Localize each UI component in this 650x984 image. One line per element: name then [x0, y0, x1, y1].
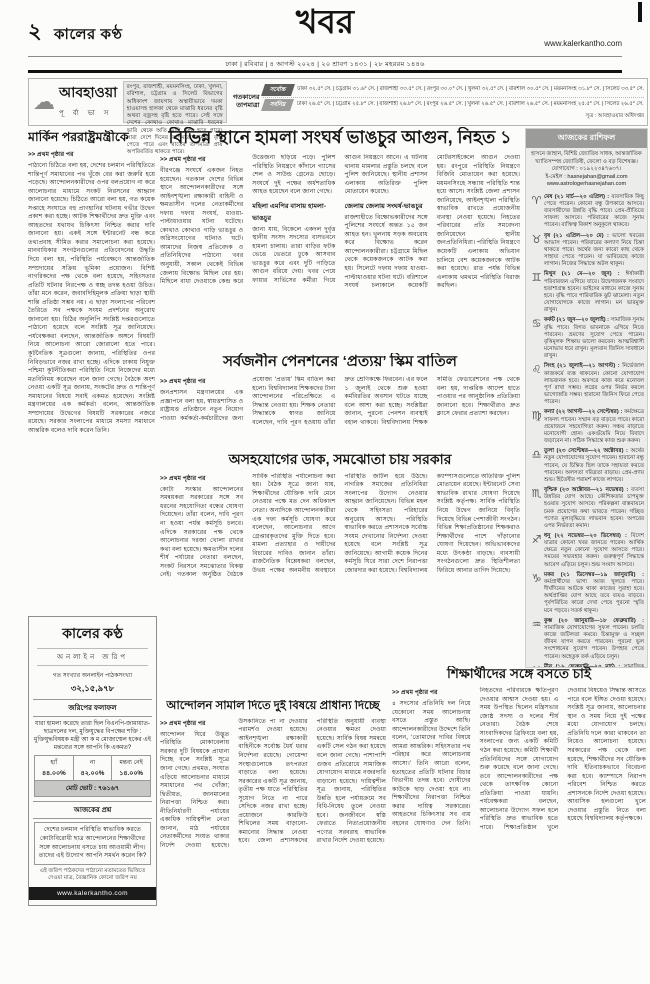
weather-subtitle: পূ র্বা ভা স [59, 110, 112, 117]
total-votes: মোট ভোট : ৭৬১৬৭ [34, 781, 151, 797]
horoscope-sidebar: আজকের রাশিফল হাসনে জাহান, বিশিষ্ট জ্যোতি… [525, 128, 648, 668]
zodiac-sign: বৃশ্চিক (২৩ অক্টোবর—২১ নভেম্বর) : [544, 487, 628, 493]
survey-results-table: হ্যাঁ ৪৪.০০% না ৪২.০০% মন্তব্য নেই ১৪.০০… [34, 755, 151, 781]
header-rule-thin [28, 56, 622, 57]
temp-label-line1: গতকালের [233, 94, 260, 102]
zodiac-entry: ♋কর্কট (২১ জুন—২০ জুলাই) : সামাজিক সুনাম… [526, 315, 647, 361]
article-pension: সর্বজনীন পেনশনের ‘প্রত্যয়’ স্কিম বাতিল … [160, 353, 520, 449]
zodiac-entry: ♏বৃশ্চিক (২৩ অক্টোবর—২১ নভেম্বর) : ব্যবস… [526, 485, 647, 531]
continued-marker: >> প্রথম পৃষ্ঠার পর [160, 473, 243, 484]
readers-count: ৩২,১৫,৯৭৮ [29, 682, 156, 696]
temps-high-row: সর্বোচ্চ ঢাকা ৩২.৫° সে. | চট্টগ্রাম ৩১.৬… [263, 83, 644, 97]
cancer-icon: ♋ [529, 317, 544, 360]
article-title: আন্দোলন সামাল দিতে দুই বিষয়ে প্রাধান্য … [160, 700, 386, 714]
virgo-icon: ♍ [529, 409, 544, 445]
website-link[interactable]: www.kalerkantho.com [544, 39, 622, 48]
leo-icon: ♌ [529, 363, 544, 406]
continued-marker: >> প্রথম পৃষ্ঠার পর [160, 718, 229, 729]
taurus-icon: ♉ [529, 233, 544, 269]
zodiac-entry: ♊মিথুন (২১ মে—২০ জুন) : ঈর্ষাকারী পরিবার… [526, 269, 647, 315]
astrologer-email[interactable]: ই-মেইল : hasnejahan@gmail.com [530, 174, 643, 182]
zodiac-sign: কন্যা (২২ আগস্ট—২২ সেপ্টেম্বর) : [544, 409, 622, 415]
high-badge: সর্বোচ্চ [261, 84, 295, 96]
article-columns: >> প্রথম পৃষ্ঠার পর ৪ সদস্যের প্রতিনিধি … [392, 687, 646, 971]
article-title: সর্বজনীন পেনশনের ‘প্রত্যয়’ স্কিম বাতিল [160, 353, 520, 371]
zodiac-sign: সিংহ (২১ জুলাই—২১ আগস্ট) : [544, 363, 620, 369]
zodiac-text: কর্মপ্রার্থীদের ভাগ্য আজ খুলতে পারে। দীর… [544, 579, 644, 614]
weather-title: আবহাওয়া [59, 84, 117, 100]
article-clashes: বিভিন্ন স্থানে হামলা সংঘর্ষ ভাঙচুর আগুন,… [160, 127, 520, 351]
aquarius-icon: ♒ [529, 618, 544, 661]
astrologer-info: হাসনে জাহান, বিশিষ্ট জ্যোতিষ সাধক, আন্তর… [531, 151, 642, 172]
continued-marker: >> প্রথম পৃষ্ঠার পর [392, 687, 471, 698]
zodiac-text: সামাজিক যোগাযোগের সুফল পাবেন। চলতি কাজে … [544, 625, 644, 660]
weather-title-block: ☁ আবহাওয়া পূ র্বা ভা স [29, 79, 121, 125]
capricorn-icon: ♑ [529, 572, 544, 615]
option-value: ৪২.০০% [74, 768, 112, 779]
temps-low: ঢাকা ২৬.৫° সে. | চট্টগ্রাম ২৫.৮° সে. | র… [297, 101, 644, 109]
option-label: হ্যাঁ [35, 757, 73, 768]
survey-note: এই জরিপ পাঠকদের পাঠানো মতামতের ভিত্তিতে … [29, 868, 156, 883]
article-columns: >> প্রথম পৃষ্ঠার পর কোটা সংস্কার আন্দোলন… [160, 473, 520, 659]
article-columns: >> প্রথম পৃষ্ঠার পর আন্দোলন ঘিরে উদ্ভূত … [160, 718, 386, 960]
article-columns: >> প্রথম পৃষ্ঠার পর বীরগঞ্জে সংঘর্ষে একজ… [160, 154, 520, 350]
survey-website-link[interactable]: www.kalerkantho.com [29, 887, 156, 900]
weather-strip: ☁ আবহাওয়া পূ র্বা ভা স রংপুর, রাজশাহী, … [28, 78, 648, 126]
article-noncooperation: অসহযোগের ডাক, সমঝোতা চায় সরকার >> প্রথম… [160, 451, 520, 663]
temp-label-line2: তাপমাত্রা [236, 102, 259, 110]
zodiac-entry: ♒কুম্ভ (২০ জানুয়ারি—১৮ ফেব্রুয়ারি) : স… [526, 616, 647, 662]
cloud-icon: ☁ [33, 91, 55, 113]
readers-label: গত সংখ্যার অনলাইন পাঠকসংখ্যা [29, 670, 156, 681]
aries-icon: ♈ [529, 194, 544, 230]
astrologer-website[interactable]: www.astrologerhasnejahan.com [530, 181, 643, 189]
temps-high: ঢাকা ৩২.৫° সে. | চট্টগ্রাম ৩১.৬° সে. | র… [297, 86, 644, 94]
article-movement: আন্দোলন সামাল দিতে দুই বিষয়ে প্রাধান্য … [160, 700, 386, 978]
online-survey-box: কালের কণ্ঠ অনলাইন জরিপ গত সংখ্যার অনলাইন… [28, 616, 157, 906]
zodiac-entry: ♑মকর (২১ ডিসেম্বর—১৯ জানুয়ারি) : কর্মপ্… [526, 570, 647, 616]
zodiac-sign: মেষ (২১ মার্চ—২০ এপ্রিল) : [544, 194, 609, 200]
article-columns: >> প্রথম পৃষ্ঠার পর জনপ্রশাসন মন্ত্রণালয… [160, 376, 520, 446]
weather-source: সূত্র : আবহাওয়ার অধিদপ্তর [263, 113, 644, 121]
newspaper-page: ২ কালের কণ্ঠ খবর www.kalerkantho.com ঢাক… [0, 0, 650, 984]
weather-temp-label: গতকালের তাপমাত্রা [229, 79, 263, 125]
zodiac-sign: বৃষ (২১ এপ্রিল—২০ মে) : [544, 233, 609, 239]
zodiac-entry: ♌সিংহ (২১ জুলাই—২১ আগস্ট) : নির্ভেজাল কা… [526, 361, 647, 407]
zodiac-entry: ♎তুলা (২৩ সেপ্টেম্বর—২২ অক্টোবর) : অর্থে… [526, 446, 647, 485]
article-title: অসহযোগের ডাক, সমঝোতা চায় সরকার [160, 451, 520, 468]
zodiac-text: নির্ভেজাল কাজকর্মে ব্যস্ত থাকবেন। কোনো য… [544, 363, 644, 405]
header-rule-thick [28, 70, 622, 73]
option-no-cell: না ৪২.০০% [73, 756, 112, 781]
article-students: শিক্ষার্থীদের সঙ্গে বসতে চাই >> প্রথম পৃ… [392, 666, 646, 978]
todays-question-header: আজকের প্রশ্ন [33, 801, 152, 819]
libra-icon: ♎ [529, 448, 544, 484]
continued-marker: >> প্রথম পৃষ্ঠার পর [160, 154, 243, 165]
previous-question: যারা হামলা করেছে তারা ছিল বিএনপি-জামায়া… [29, 720, 156, 752]
zodiac-sign: তুলা (২৩ সেপ্টেম্বর—২২ অক্টোবর) : [544, 448, 628, 454]
article-subhead: জেলায় জেলায় সংঘর্ষ-ভাঙচুর [345, 200, 428, 212]
weather-temps: সর্বোচ্চ ঢাকা ৩২.৫° সে. | চট্টগ্রাম ৩১.৬… [263, 79, 647, 125]
option-label: না [74, 757, 112, 768]
sagittarius-icon: ♐ [529, 533, 544, 569]
dateline: ঢাকা | রবিবার | ৪ আগস্ট ২০২৪ | ২০ শ্রাবণ… [0, 59, 650, 70]
option-nocomment-cell: মন্তব্য নেই ১৪.০০% [112, 756, 151, 781]
continued-marker: >> প্রথম পৃষ্ঠার পর [160, 376, 243, 387]
temps-low-row: সর্বনিম্ন ঢাকা ২৬.৫° সে. | চট্টগ্রাম ২৫.… [263, 97, 644, 112]
survey-brand-logo: কালের কণ্ঠ [29, 622, 156, 646]
zodiac-sign: মকর (২১ ডিসেম্বর—১৯ জানুয়ারি) : [544, 572, 644, 578]
weather-forecast-text: রংপুর, রাজশাহী, ময়মনসিংহ, ঢাকা, খুলনা, … [123, 81, 227, 123]
corner-mark [638, 2, 642, 22]
zodiac-entry: ♍কন্যা (২২ আগস্ট—২২ সেপ্টেম্বর) : কর্মক্… [526, 407, 647, 446]
article-body: কোটা সংস্কার আন্দোলনের সমন্বয়করা সরকারে… [160, 473, 520, 580]
zodiac-entry: ♐ধনু (২২ নভেম্বর—২০ ডিসেম্বর) : বিদেশ যা… [526, 531, 647, 570]
zodiac-sign: কর্কট (২১ জুন—২০ জুলাই) : [544, 317, 609, 323]
continued-marker: >> প্রথম পৃষ্ঠার পর [28, 149, 155, 160]
zodiac-entry: ♈মেষ (২১ মার্চ—২০ এপ্রিল) : ব্যবসায়িক ক… [526, 192, 647, 231]
option-yes-cell: হ্যাঁ ৪৪.০০% [35, 756, 74, 781]
main-headline: বিভিন্ন স্থানে হামলা সংঘর্ষ ভাঙচুর আগুন,… [160, 127, 520, 148]
option-value: ১৪.০০% [112, 768, 150, 779]
article-body: আন্দোলন ঘিরে উদ্ভূত পরিস্থিতি মোকাবেলায়… [160, 718, 386, 851]
option-label: মন্তব্য নেই [112, 757, 150, 768]
article-us-secretary: মার্কিন পররাষ্ট্রমন্ত্রীকে >> প্রথম পৃষ্… [28, 130, 155, 612]
todays-question: দেশের চলমান পরিস্থিতি স্বাভাবিক করতে কোট… [34, 822, 151, 865]
zodiac-sign: মিথুন (২১ মে—২০ জুন) : [544, 271, 620, 277]
zodiac-text: ঈর্ষাকারী পরিবারজন এগিয়ে যাবে। উদ্বেগজন… [544, 271, 644, 313]
article-title: মার্কিন পররাষ্ট্রমন্ত্রীকে [28, 130, 155, 145]
zodiac-sign: কুম্ভ (২০ জানুয়ারি—১৮ ফেব্রুয়ারি) : [544, 618, 644, 624]
horoscope-header: আজকের রাশিফল [526, 129, 647, 148]
article-subhead: মহিলা এমপির বাসায় হামলা-ভাঙচুর [252, 200, 335, 224]
option-value: ৪৪.০০% [35, 768, 73, 779]
gemini-icon: ♊ [529, 271, 544, 314]
survey-results-header: জরিপের ফলাফল [33, 699, 152, 717]
scorpio-icon: ♏ [529, 487, 544, 530]
page-header: ২ কালের কণ্ঠ খবর www.kalerkantho.com [28, 12, 622, 52]
zodiac-entry: ♉বৃষ (২১ এপ্রিল—২০ মে) : ভালো খবরের আভাস… [526, 231, 647, 270]
zodiac-text: সামাজিক সুনাম বৃদ্ধি পাবে। বিগত ভাবনাকে … [544, 317, 644, 359]
zodiac-sign: ধনু (২২ নভেম্বর—২০ ডিসেম্বর) : [544, 533, 627, 539]
zodiac-text: ব্যবসা উন্নতির যোগ আছে। কৌশিকতার চাপমুক্… [544, 487, 644, 529]
survey-section-label: অনলাইন জরিপ [37, 648, 148, 666]
article-body: ৪ সদস্যের প্রতিনিধি দল নিয়ে যেকোনো সময়… [392, 687, 646, 832]
section-masthead: খবর [28, 0, 622, 52]
horoscope-intro: হাসনে জাহান, বিশিষ্ট জ্যোতিষ সাধক, আন্তর… [526, 148, 647, 192]
article-body: পাঠানো চিঠিতে বলা হয়, দেশের চলমান পরিস্… [28, 162, 155, 436]
article-title: শিক্ষার্থীদের সঙ্গে বসতে চাই [392, 666, 646, 682]
low-badge: সর্বনিম্ন [261, 99, 294, 111]
